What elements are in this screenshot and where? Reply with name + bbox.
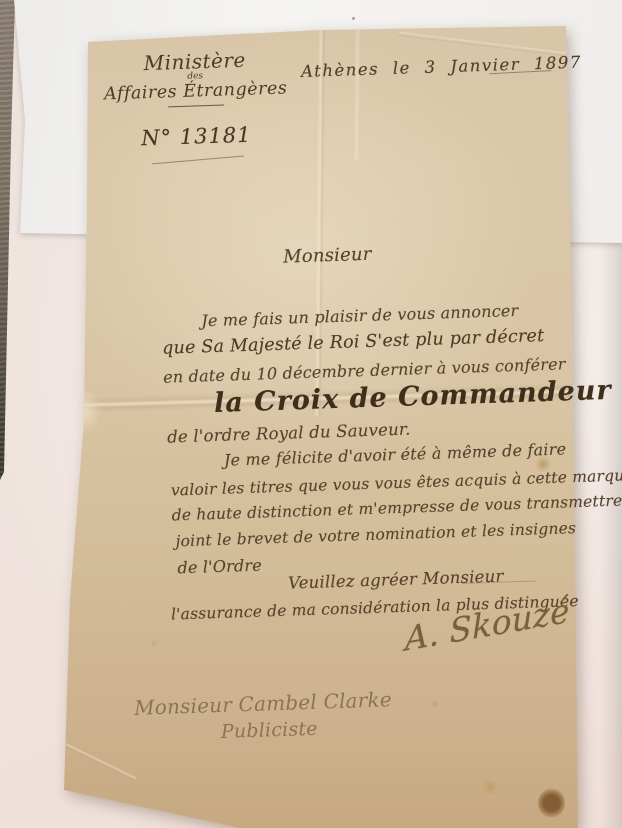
salutation: Monsieur bbox=[283, 244, 372, 268]
award-subtitle: de l'ordre Royal du Sauveur. bbox=[167, 420, 411, 447]
addressee-name: Monsieur Cambel Clarke bbox=[134, 687, 392, 720]
dateline: Athènes le 3 Janvier 1897 bbox=[301, 53, 582, 81]
body-line: Je me fais un plaisir de vous annoncer bbox=[201, 301, 519, 331]
reference-number-flourish bbox=[152, 155, 244, 164]
body-line: de l'Ordre bbox=[177, 556, 262, 578]
body-line: joint le brevet de votre nomination et l… bbox=[175, 519, 576, 550]
body-line: Je me félicite d'avoir été à même de fai… bbox=[224, 439, 567, 469]
addressee-title: Publiciste bbox=[221, 718, 318, 743]
reference-number: N° 13181 bbox=[141, 123, 252, 151]
closing-line: Veuillez agréer Monsieur bbox=[288, 567, 504, 593]
body-line: que Sa Majesté le Roi S'est plu par décr… bbox=[162, 326, 545, 359]
letterhead-flourish bbox=[168, 105, 224, 108]
ministry-letterhead: Ministère des Affaires Étrangères bbox=[80, 47, 310, 111]
photo-of-letter: Ministère des Affaires Étrangères Athène… bbox=[0, 0, 622, 828]
edge-wear-left bbox=[76, 388, 102, 434]
letter-content: Ministère des Affaires Étrangères Athène… bbox=[88, 26, 600, 826]
